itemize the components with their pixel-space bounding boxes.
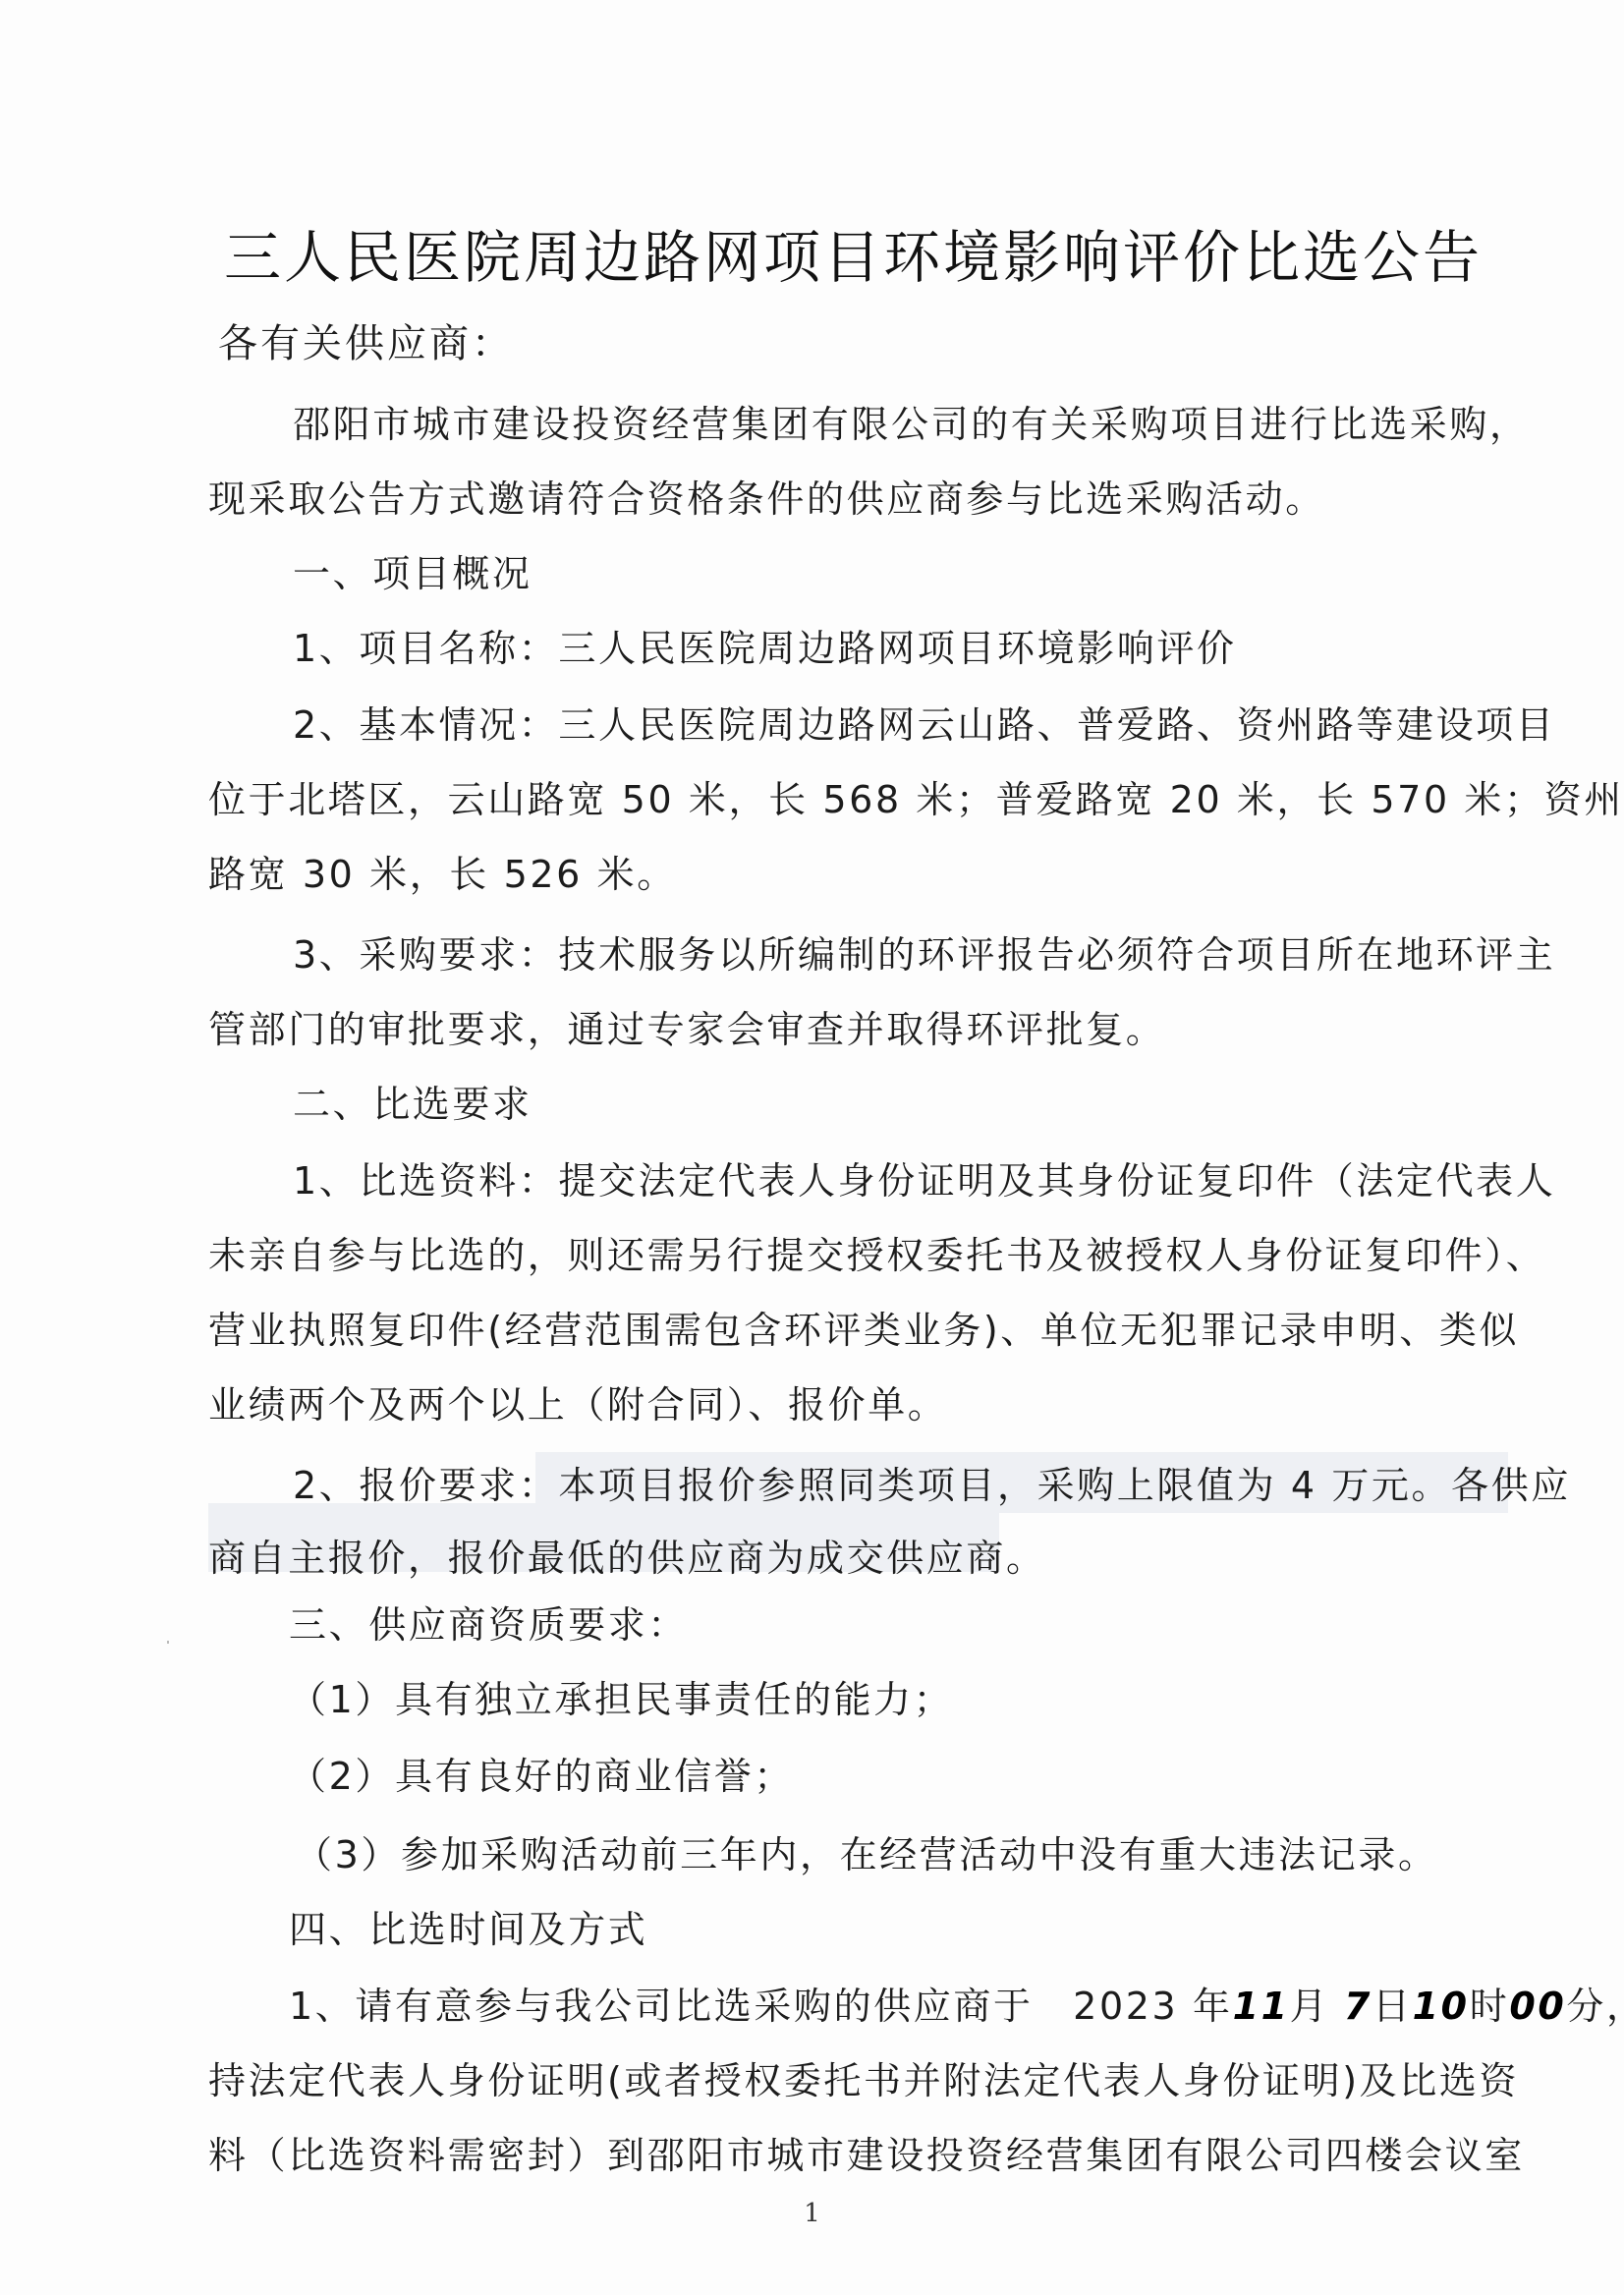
section1-item3-line2: 管部门的审批要求，通过专家会审查并取得环评批复。 [208,1002,1505,1057]
section2-item1-line3: 营业执照复印件(经营范围需包含环评类业务)、单位无犯罪记录申明、类似 [208,1303,1505,1358]
section2-heading: 二、比选要求 [293,1077,1590,1132]
section1-item3-line1: 3、采购要求：技术服务以所编制的环评报告必须符合项目所在地环评主 [293,927,1590,982]
section4-heading: 四、比选时间及方式 [289,1902,1586,1957]
section3-heading: 三、供应商资质要求： [289,1597,1586,1652]
day-unit: 日 [1372,1985,1413,2028]
handwritten-month: 11 [1233,1985,1290,2028]
section4-item1-line3: 料（比选资料需密封）到邵阳市城市建设投资经营集团有限公司四楼会议室 [208,2128,1505,2183]
section3-item-3: （3）参加采购活动前三年内，在经营活动中没有重大违法记录。 [295,1827,1592,1882]
section1-item2-line3: 路宽 30 米，长 526 米。 [208,847,1505,902]
section4-item1-line2: 持法定代表人身份证明(或者授权委托书并附法定代表人身份证明)及比选资 [208,2053,1505,2108]
section4-item1-prefix: 1、请有意参与我公司比选采购的供应商于 2023 年 [289,1985,1233,2028]
section1-heading: 一、项目概况 [293,546,1590,601]
handwritten-minute: 00 [1509,1985,1566,2028]
page-number: 1 [0,2199,1624,2228]
handwritten-day: 7 [1344,1985,1372,2028]
section1-item1: 1、项目名称：三人民医院周边路网项目环境影响评价 [293,621,1590,676]
section2-item2-line2: 商自主报价，报价最低的供应商为成交供应商。 [208,1531,1505,1586]
intro-line-1: 邵阳市城市建设投资经营集团有限公司的有关采购项目进行比选采购， [293,397,1590,452]
section2-item1-line1: 1、比选资料：提交法定代表人身份证明及其身份证复印件（法定代表人 [293,1153,1590,1208]
section1-item2-line1: 2、基本情况：三人民医院周边路网云山路、普爱路、资州路等建设项目 [293,698,1590,753]
hour-unit: 时 [1470,1985,1510,2028]
handwritten-hour: 10 [1413,1985,1470,2028]
section2-item2-line1: 2、报价要求：本项目报价参照同类项目，采购上限值为 4 万元。各供应 [293,1458,1590,1513]
section2-item1-line4: 业绩两个及两个以上（附合同）、报价单。 [208,1377,1505,1432]
document-title: 三人民医院周边路网项目环境影响评价比选公告 [224,218,1511,297]
month-unit: 月 [1290,1985,1344,2028]
section2-item1-line2: 未亲自参与比选的，则还需另行提交授权委托书及被授权人身份证复印件）、 [208,1228,1505,1283]
section3-item-1: （1）具有独立承担民事责任的能力； [289,1672,1586,1727]
intro-line-2: 现采取公告方式邀请符合资格条件的供应商参与比选采购活动。 [208,472,1505,527]
section4-item1-line1: 1、请有意参与我公司比选采购的供应商于 2023 年11月 7日10时00分， [289,1979,1586,2034]
greeting: 各有关供应商： [218,316,1515,371]
section1-item2-line2: 位于北塔区，云山路宽 50 米，长 568 米；普爱路宽 20 米，长 570 … [208,772,1505,827]
scan-artifact [167,1641,169,1644]
document-page: 三人民医院周边路网项目环境影响评价比选公告 各有关供应商： 邵阳市城市建设投资经… [0,0,1624,2295]
section3-item-2: （2）具有良好的商业信誉； [289,1749,1586,1804]
minute-unit: 分， [1566,1985,1624,2028]
